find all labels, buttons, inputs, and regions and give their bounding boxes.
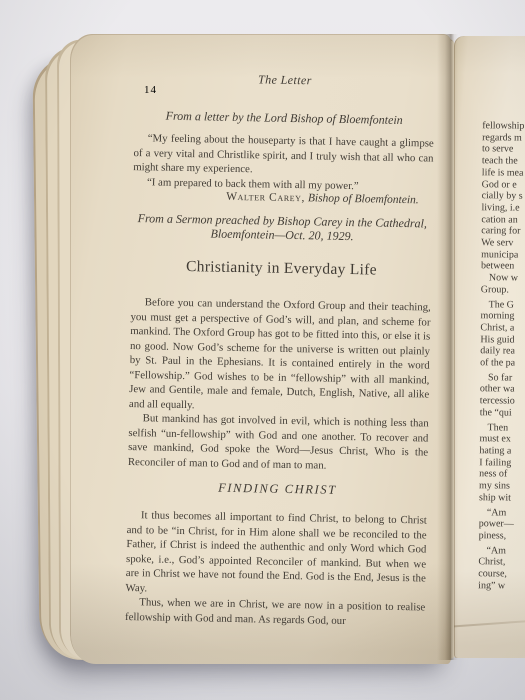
section-heading: Christianity in Everyday Life: [131, 257, 431, 280]
right-page-line: regards m: [482, 132, 525, 144]
right-page: fellowshipregards mto serveteach thelife…: [454, 36, 525, 658]
right-page-line: course,: [478, 568, 525, 580]
section-paragraphs: Before you can understand the Oxford Gro…: [128, 295, 431, 474]
right-page-line: fellowship: [482, 120, 525, 132]
body-paragraph: It thus becomes all important to find Ch…: [125, 508, 427, 600]
right-page-line: “Am: [478, 545, 525, 557]
right-page-line: I failing: [479, 457, 525, 469]
letter-attribution: From a letter by the Lord Bishop of Bloe…: [134, 108, 434, 128]
right-page-line: teach the: [482, 155, 525, 167]
right-page-line: ing” w: [478, 580, 525, 592]
right-page-line: piness,: [479, 530, 525, 542]
signature-title: Bishop of Bloemfontein.: [305, 192, 419, 206]
right-page-line: cation an: [481, 214, 525, 226]
right-page-line: His guid: [480, 334, 525, 346]
right-page-line: ship wit: [479, 492, 525, 504]
right-page-line: ness of: [479, 469, 525, 481]
subsection-heading: FINDING CHRIST: [127, 479, 427, 499]
quote-paragraph: “My feeling about the houseparty is that…: [133, 131, 434, 180]
body-paragraph: Before you can understand the Oxford Gro…: [129, 295, 431, 416]
right-page-line: God or e: [482, 179, 525, 191]
right-page-line: the “qui: [480, 407, 525, 419]
right-page-line: Now w: [481, 272, 525, 284]
gutter-shadow: [437, 34, 458, 660]
right-page-line: must ex: [479, 434, 525, 446]
running-header: The Letter: [135, 70, 435, 90]
right-page-line: between: [481, 261, 525, 273]
right-page-line: hating a: [479, 445, 525, 457]
right-page-line: other wa: [480, 384, 525, 396]
right-page-line: to serve: [482, 144, 525, 156]
right-page-line: my sins: [479, 480, 525, 492]
body-paragraph: Thus, when we are in Christ, we are now …: [125, 595, 425, 629]
right-page-line: power—: [479, 518, 525, 530]
sermon-attribution: From a Sermon preached by Bishop Carey i…: [132, 211, 432, 244]
right-page-line: municipa: [481, 249, 525, 261]
right-page-line: life is mea: [482, 167, 525, 179]
right-page-line: So far: [480, 372, 525, 384]
right-page-line: Then: [480, 422, 525, 434]
left-page-content: The Letter From a letter by the Lord Bis…: [59, 33, 451, 670]
right-page-line: cially by s: [482, 190, 525, 202]
right-page-line: Group.: [481, 284, 525, 296]
left-page: 14 The Letter From a letter by the Lord …: [70, 34, 451, 664]
subsection-paragraphs: It thus becomes all important to find Ch…: [125, 508, 427, 629]
right-page-line: caring for: [481, 226, 525, 238]
right-page-line: Christ,: [478, 557, 525, 569]
right-page-line: morning: [481, 310, 525, 322]
right-page-content: fellowshipregards mto serveteach thelife…: [454, 36, 525, 592]
signature-name: Walter Carey,: [226, 191, 305, 204]
page-crease: [454, 618, 525, 627]
right-page-line: tercessio: [480, 395, 525, 407]
right-page-line: “Am: [479, 507, 525, 519]
right-page-line: daily rea: [480, 346, 525, 358]
photo-background: 14 The Letter From a letter by the Lord …: [0, 0, 525, 700]
body-paragraph: But mankind has got involved in evil, wh…: [128, 411, 429, 474]
letter-quote-block: “My feeling about the houseparty is that…: [133, 131, 434, 194]
right-page-line: living, i.e: [481, 202, 525, 214]
right-page-line: The G: [481, 299, 525, 311]
right-page-line: Christ, a: [480, 322, 525, 334]
right-page-line: We serv: [481, 237, 525, 249]
right-page-line: of the pa: [480, 357, 525, 369]
